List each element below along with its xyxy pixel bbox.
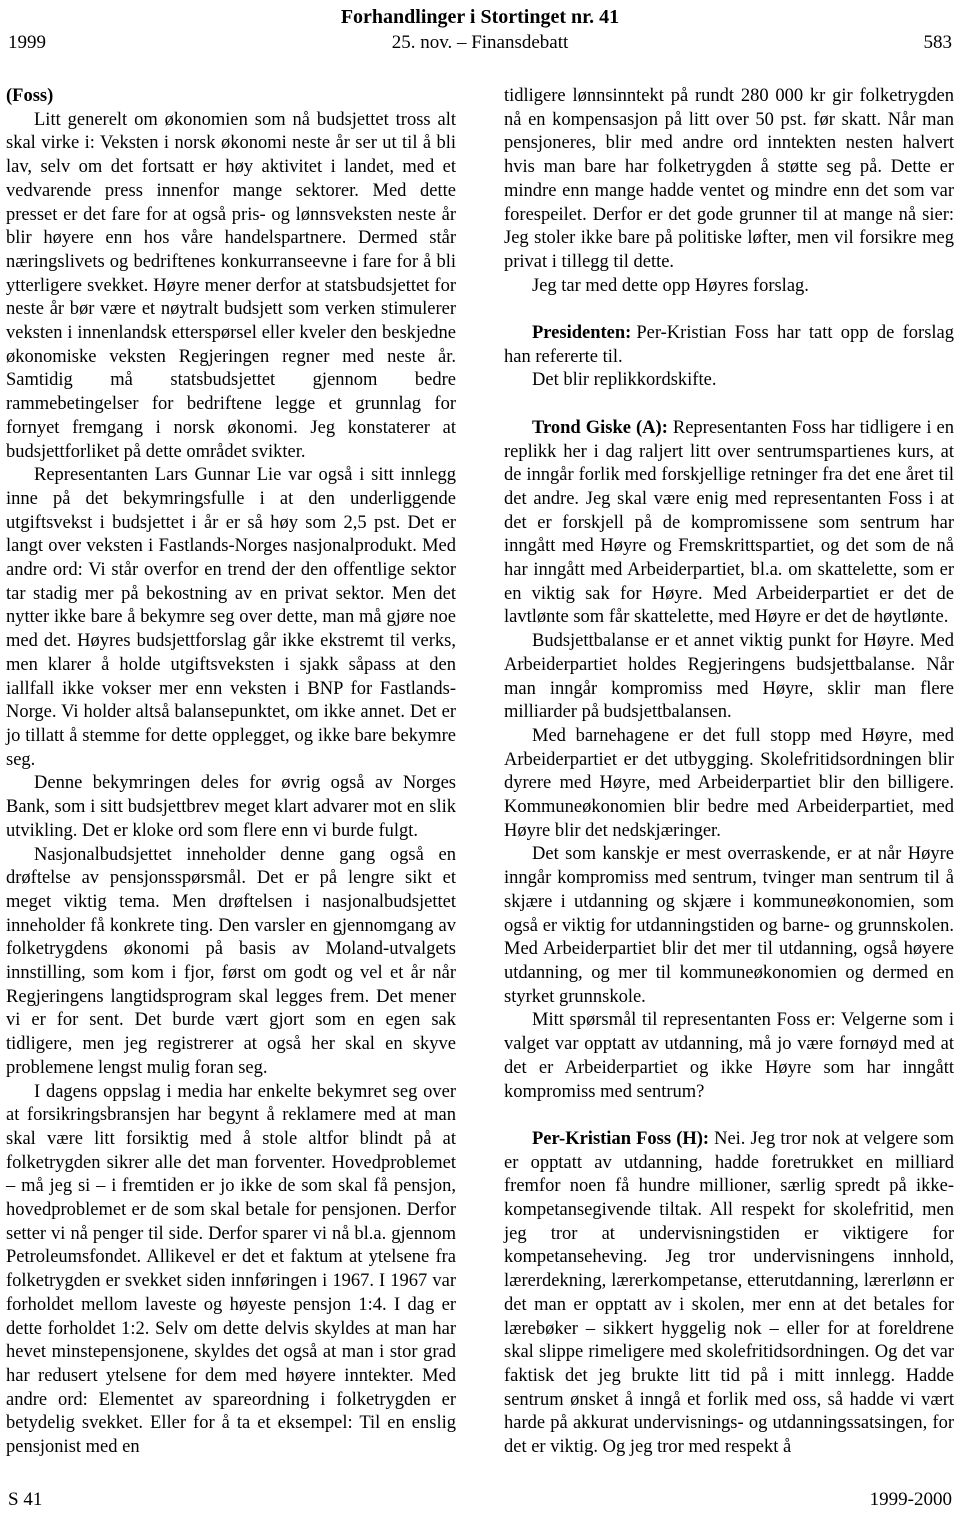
- paragraph: Nasjonalbudsjettet inneholder denne gang…: [6, 844, 456, 1081]
- paragraph-text: Det som kanskje er mest overraskende, er…: [504, 844, 954, 1006]
- left-column: (Foss) Litt generelt om økonomien som nå…: [6, 85, 456, 1460]
- paragraph: Presidenten:Per-Kristian Foss har tatt o…: [504, 322, 954, 369]
- speaker-name: Presidenten:: [532, 323, 631, 343]
- footer-session-years: 1999-2000: [870, 1489, 952, 1511]
- header-page-number: 583: [924, 31, 953, 54]
- paragraph: Med barnehagene er det full stopp med Hø…: [504, 725, 954, 844]
- right-column: tidligere lønnsinntekt på rundt 280 000 …: [504, 85, 954, 1460]
- header-row: 1999 25. nov. – Finansdebatt 583: [0, 31, 960, 54]
- paragraph: Per-Kristian Foss (H):Nei. Jeg tror nok …: [504, 1128, 954, 1460]
- paragraph-text: Budsjettbalanse er et annet viktig punkt…: [504, 631, 954, 722]
- paragraph: Mitt spørsmål til representanten Foss er…: [504, 1009, 954, 1104]
- paragraph-text: Nei. Jeg tror nok at velgere som er oppt…: [504, 1129, 954, 1457]
- text-columns: (Foss) Litt generelt om økonomien som nå…: [0, 85, 960, 1460]
- paragraph: tidligere lønnsinntekt på rundt 280 000 …: [504, 85, 954, 275]
- paragraph: Trond Giske (A):Representanten Foss har …: [504, 417, 954, 630]
- paragraph-text: Med barnehagene er det full stopp med Hø…: [504, 726, 954, 841]
- paragraph: Budsjettbalanse er et annet viktig punkt…: [504, 630, 954, 725]
- paragraph-text: Mitt spørsmål til representanten Foss er…: [504, 1010, 954, 1101]
- paragraph-text: tidligere lønnsinntekt på rundt 280 000 …: [504, 86, 954, 272]
- paragraph: Det som kanskje er mest overraskende, er…: [504, 843, 954, 1009]
- paragraph-text: Jeg tar med dette opp Høyres forslag.: [532, 276, 809, 296]
- speaker-name: Trond Giske (A):: [532, 418, 668, 438]
- paragraph: I dagens oppslag i media har enkelte bek…: [6, 1081, 456, 1460]
- paragraph: Representanten Lars Gunnar Lie var også …: [6, 464, 456, 772]
- document-title: Forhandlinger i Stortinget nr. 41: [0, 5, 960, 29]
- paragraph: Litt generelt om økonomien som nå budsje…: [6, 109, 456, 465]
- footer-volume: S 41: [8, 1489, 42, 1511]
- paragraph-text: Det blir replikkordskifte.: [532, 370, 716, 390]
- document-page: Forhandlinger i Stortinget nr. 41 1999 2…: [0, 0, 960, 1523]
- paragraph-text: Representanten Foss har tidligere i en r…: [504, 418, 954, 628]
- paragraph: Jeg tar med dette opp Høyres forslag.: [504, 275, 954, 299]
- paragraph: Denne bekymringen deles for øvrig også a…: [6, 772, 456, 843]
- speaker-heading: (Foss): [6, 85, 456, 109]
- page-header: Forhandlinger i Stortinget nr. 41 1999 2…: [0, 0, 960, 54]
- header-session-label: 25. nov. – Finansdebatt: [0, 31, 960, 54]
- paragraph: Det blir replikkordskifte.: [504, 369, 954, 393]
- speaker-name: Per-Kristian Foss (H):: [532, 1129, 709, 1149]
